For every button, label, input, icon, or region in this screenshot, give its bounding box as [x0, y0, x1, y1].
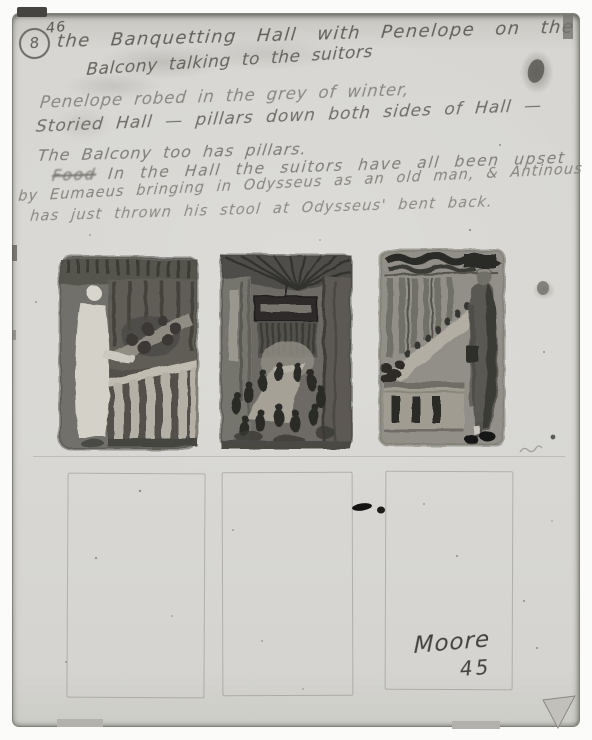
pencil-layout-rectangle: [385, 471, 514, 690]
pencil-layout-rectangle: [222, 472, 354, 696]
pencil-layout-rectangle: [66, 473, 205, 699]
signature-year: 45: [459, 655, 492, 681]
faint-pencil-guideline: [33, 456, 565, 457]
sketch-panel-penelope-on-balcony: [56, 251, 201, 453]
crossed-out-word: Food: [51, 165, 97, 185]
photograph-of-sketchbook-page: 8 46 the Banquetting Hall with Penelope …: [0, 0, 592, 740]
sketchbook-page: 8 46 the Banquetting Hall with Penelope …: [12, 13, 580, 727]
sketch-panel-banquet-hall-suitors: [219, 251, 353, 451]
sketch-panel-odysseus-beside-table: [378, 246, 506, 449]
